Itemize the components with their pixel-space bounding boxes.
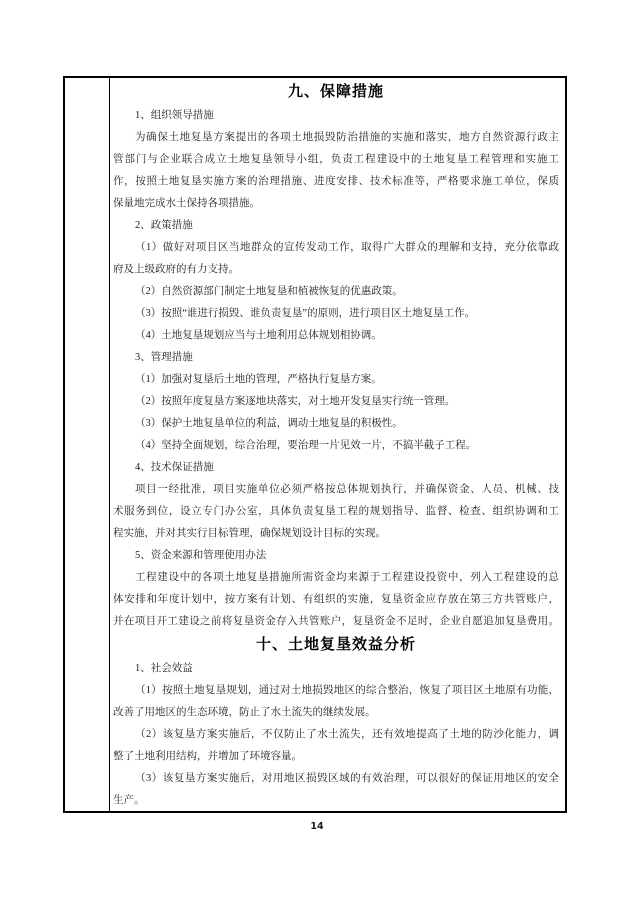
text-line: （2）自然资源部门制定土地复垦和植被恢复的优惠政策。 [113, 281, 559, 303]
table-content-column: 九、保障措施1、组织领导措施为确保土地复垦方案提出的各项土地损毁防治措施的实施和… [110, 78, 565, 811]
text-line: 管部门与企业联合成立土地复垦领导小组，负责工程建设中的土地复垦工程管理和实施工 [113, 149, 559, 171]
text-line: 府及上级政府的有力支持。 [113, 259, 559, 281]
text-line: 为确保土地复垦方案提出的各项土地损毁防治措施的实施和落实，地方自然资源行政主 [113, 127, 559, 149]
text-line: 2、政策措施 [113, 215, 559, 237]
text-line: 项目一经批准，项目实施单位必须严格按总体规划执行，并确保资金、人员、机械、技 [113, 479, 559, 501]
text-line: 作，按照土地复垦实施方案的治理措施、进度安排、技术标准等，严格要求施工单位，保质 [113, 171, 559, 193]
text-line: 3、管理措施 [113, 347, 559, 369]
text-line: 并在项目开工建设之前将复垦资金存入共管账户，复垦资金不足时，企业自愿追加复垦费用… [113, 611, 559, 633]
text-line: 改善了用地区的生态环境，防止了水土流失的继续发展。 [113, 702, 559, 724]
text-line: 程实施，并对其实行目标管理，确保规划设计目标的实现。 [113, 523, 559, 545]
text-line: 保量地完成水土保持各项措施。 [113, 193, 559, 215]
text-line: 5、资金来源和管理使用办法 [113, 545, 559, 567]
text-line: 术服务到位，设立专门办公室，具体负责复垦工程的规划指导、监督、检查、组织协调和工 [113, 501, 559, 523]
text-line: （4）土地复垦规划应当与土地利用总体规划相协调。 [113, 325, 559, 347]
text-line: （3）按照“谁进行损毁、谁负责复垦”的原则，进行项目区土地复垦工作。 [113, 303, 559, 325]
document-page: 九、保障措施1、组织领导措施为确保土地复垦方案提出的各项土地损毁防治措施的实施和… [0, 0, 634, 898]
text-line: 工程建设中的各项土地复垦措施所需资金均来源于工程建设投资中，列入工程建设的总 [113, 567, 559, 589]
text-line: 1、组织领导措施 [113, 105, 559, 127]
section-title: 十、土地复垦效益分析 [113, 633, 559, 658]
table-left-column [65, 78, 110, 811]
text-line: 体安排和年度计划中，按方案有计划、有组织的实施，复垦资金应存放在第三方共管账户， [113, 589, 559, 611]
section-title: 九、保障措施 [113, 80, 559, 105]
text-line: （4）坚持全面规划，综合治理，要治理一片见效一片，不搞半截子工程。 [113, 435, 559, 457]
text-line: （3）保护土地复垦单位的利益，调动土地复垦的积极性。 [113, 413, 559, 435]
text-line: （2）该复垦方案实施后，不仅防止了水土流失，还有效地提高了土地的防沙化能力，调 [113, 724, 559, 746]
text-line: （1）做好对项目区当地群众的宣传发动工作，取得广大群众的理解和支持，充分依靠政 [113, 237, 559, 259]
text-line: 生产。 [113, 790, 559, 811]
text-line: 4、技术保证措施 [113, 457, 559, 479]
text-line: （1）加强对复垦后土地的管理，严格执行复垦方案。 [113, 369, 559, 391]
text-line: 1、社会效益 [113, 658, 559, 680]
text-line: 整了土地利用结构，并增加了环境容量。 [113, 746, 559, 768]
text-line: （3）该复垦方案实施后，对用地区损毁区域的有效治理，可以很好的保证用地区的安全 [113, 768, 559, 790]
text-line: （2）按照年度复垦方案逐地块落实，对土地开发复垦实行统一管理。 [113, 391, 559, 413]
text-line: （1）按照土地复垦规划，通过对土地损毁地区的综合整治，恢复了项目区土地原有功能， [113, 680, 559, 702]
page-number: 14 [0, 821, 634, 832]
content-table: 九、保障措施1、组织领导措施为确保土地复垦方案提出的各项土地损毁防治措施的实施和… [63, 76, 567, 813]
